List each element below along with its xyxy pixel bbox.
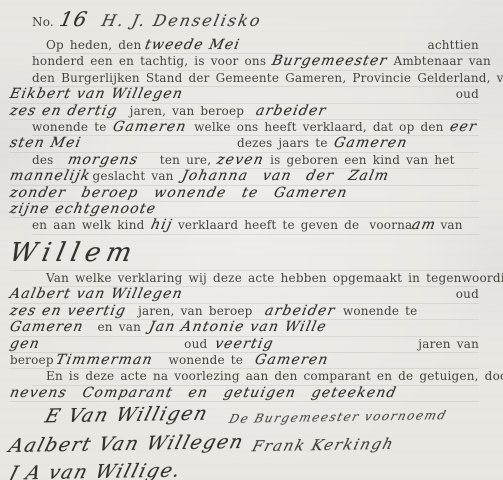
handwritten-text: am: [411, 217, 439, 233]
document-line: nevens Comparant en getuigen geteekend: [10, 385, 479, 401]
printed-text: is geboren een kind van het: [270, 152, 455, 168]
printed-text: honderd een en tachtig, is voor ons: [32, 53, 266, 69]
handwritten-text: Frank Kerkingh: [249, 431, 397, 459]
handwritten-text: veertig: [214, 336, 276, 352]
document-line: En is deze acte na voorlezing aan den co…: [32, 368, 479, 384]
handwritten-text: Jan Antonie van Wille: [147, 319, 328, 335]
printed-text: en aan welk kind: [32, 217, 145, 233]
printed-text: des: [32, 152, 54, 168]
handwritten-text: Gameren: [8, 319, 85, 335]
printed-text: En is deze acte na voorlezing aan den co…: [46, 368, 503, 384]
document-line: zonder beroep wonende te Gameren: [10, 185, 479, 201]
printed-text: geslacht van: [93, 168, 174, 184]
printed-text: ten ure,: [160, 152, 211, 168]
printed-text: welke ons heeft verklaard, dat op den: [194, 119, 444, 135]
document-line: Aalbert van Willegenoud: [10, 286, 479, 302]
handwritten-text: zeven: [216, 152, 266, 168]
document-line: Eikbert van Willegenoud: [10, 86, 479, 102]
printed-text: jaren, van beroep: [138, 303, 252, 319]
handwritten-text: Gameren: [332, 135, 409, 151]
handwritten-text: morgens: [66, 152, 140, 168]
document-line: J A van Willige.: [10, 459, 479, 480]
handwritten-text: Eikbert van Willegen: [8, 86, 185, 102]
handwritten-text: arbeider: [263, 303, 337, 319]
act-number-row: No. 16 H. J. Denselisko: [32, 6, 479, 35]
document-line: en aan welk kindhijverklaard heeft te ge…: [32, 217, 479, 233]
printed-text: Ambtenaar van: [393, 53, 491, 69]
document-line: den Burgerlijken Stand der Gemeente Game…: [32, 70, 479, 86]
document-line: zijne echtgenoote: [10, 201, 479, 217]
act-number-label: No.: [32, 9, 54, 35]
handwritten-text: Aalbert Van Willegen: [6, 429, 247, 459]
handwritten-text: De Burgemeester voornoemd: [226, 402, 450, 432]
document-line: desmorgensten ure,zevenis geboren een ki…: [32, 152, 479, 168]
handwritten-text: Gameren: [111, 119, 188, 135]
document-line: Gamerenen vanJan Antonie van Wille: [10, 319, 479, 335]
printed-text: jaren, van beroep: [130, 103, 244, 119]
document-line: zes en dertigjaren, van beroeparbeider: [10, 103, 479, 119]
printed-text: achttien: [427, 37, 479, 53]
handwritten-text: eer: [448, 119, 478, 135]
printed-text: van: [440, 217, 462, 233]
handwritten-text: tweede Mei: [144, 37, 242, 53]
document-line: zes en veertigjaren, van beroeparbeiderw…: [10, 303, 479, 319]
document-line: honderd een en tachtig, is voor onsBurge…: [32, 53, 479, 69]
handwritten-text: Timmerman: [54, 352, 154, 368]
document-line: beroepTimmermanwonende teGameren: [10, 352, 479, 368]
document-body: Op heden, dentweede Meiachttienhonderd e…: [32, 37, 479, 480]
printed-text: beroep: [10, 352, 54, 368]
printed-text: den Burgerlijken Stand der Gemeente Game…: [32, 70, 503, 86]
printed-text: oud: [184, 336, 207, 352]
printed-text: en van: [98, 319, 142, 335]
handwritten-text: gen: [8, 336, 41, 352]
act-number: 16: [57, 6, 90, 32]
document-line: genoudveertigjaren van: [10, 336, 479, 352]
handwritten-text: nevens Comparant en getuigen geteekend: [8, 385, 398, 401]
document-page: No. 16 H. J. Denselisko Op heden, dentwe…: [0, 0, 503, 480]
printed-text: dezes jaars te: [237, 135, 328, 151]
document-line: E Van WilligenDe Burgemeester voornoemd: [32, 402, 479, 430]
handwritten-text: E Van Willigen: [42, 401, 211, 430]
handwritten-text: Burgemeester: [270, 53, 389, 69]
printed-text: verklaard heeft te geven de: [178, 217, 359, 233]
handwritten-text: zes en veertig: [8, 303, 128, 319]
printed-text: Van welke verklaring wij deze acte hebbe…: [46, 270, 503, 286]
printed-text: oud: [456, 86, 479, 102]
document-line: Aalbert Van WillegenFrank Kerkingh: [10, 431, 479, 458]
printed-text: wonende te: [169, 352, 244, 368]
printed-text: oud: [456, 286, 479, 302]
handwritten-text: zes en dertig: [8, 103, 119, 119]
top-annotation: H. J. Denselisko: [99, 8, 264, 34]
document-line: wonende teGamerenwelke ons heeft verklaa…: [32, 119, 479, 135]
document-line: mannelijkgeslacht vanJohanna van der Zal…: [10, 168, 479, 184]
document-line: Willem: [10, 236, 479, 270]
handwritten-text: hij: [149, 217, 174, 233]
printed-text: wonende te: [32, 119, 107, 135]
handwritten-text: Willem: [6, 236, 140, 270]
printed-text: voorna: [369, 217, 412, 233]
printed-text: wonende te: [343, 303, 418, 319]
handwritten-text: zonder beroep wonende te Gameren: [8, 185, 349, 201]
document-line: Van welke verklaring wij deze acte hebbe…: [32, 270, 479, 286]
document-line: Op heden, dentweede Meiachttien: [32, 37, 479, 53]
handwritten-text: Gameren: [253, 352, 330, 368]
handwritten-text: zijne echtgenoote: [8, 201, 158, 217]
handwritten-text: arbeider: [254, 103, 328, 119]
document-line: sten Meidezes jaars teGameren: [10, 135, 479, 151]
handwritten-text: J A van Willige.: [6, 458, 185, 480]
printed-text: Op heden, den: [46, 37, 141, 53]
handwritten-text: sten Mei: [8, 135, 83, 151]
handwritten-text: Aalbert van Willegen: [8, 286, 184, 302]
handwritten-text: Johanna van der Zalm: [180, 168, 391, 184]
printed-text: jaren van: [418, 336, 479, 352]
handwritten-text: mannelijk: [8, 168, 92, 184]
